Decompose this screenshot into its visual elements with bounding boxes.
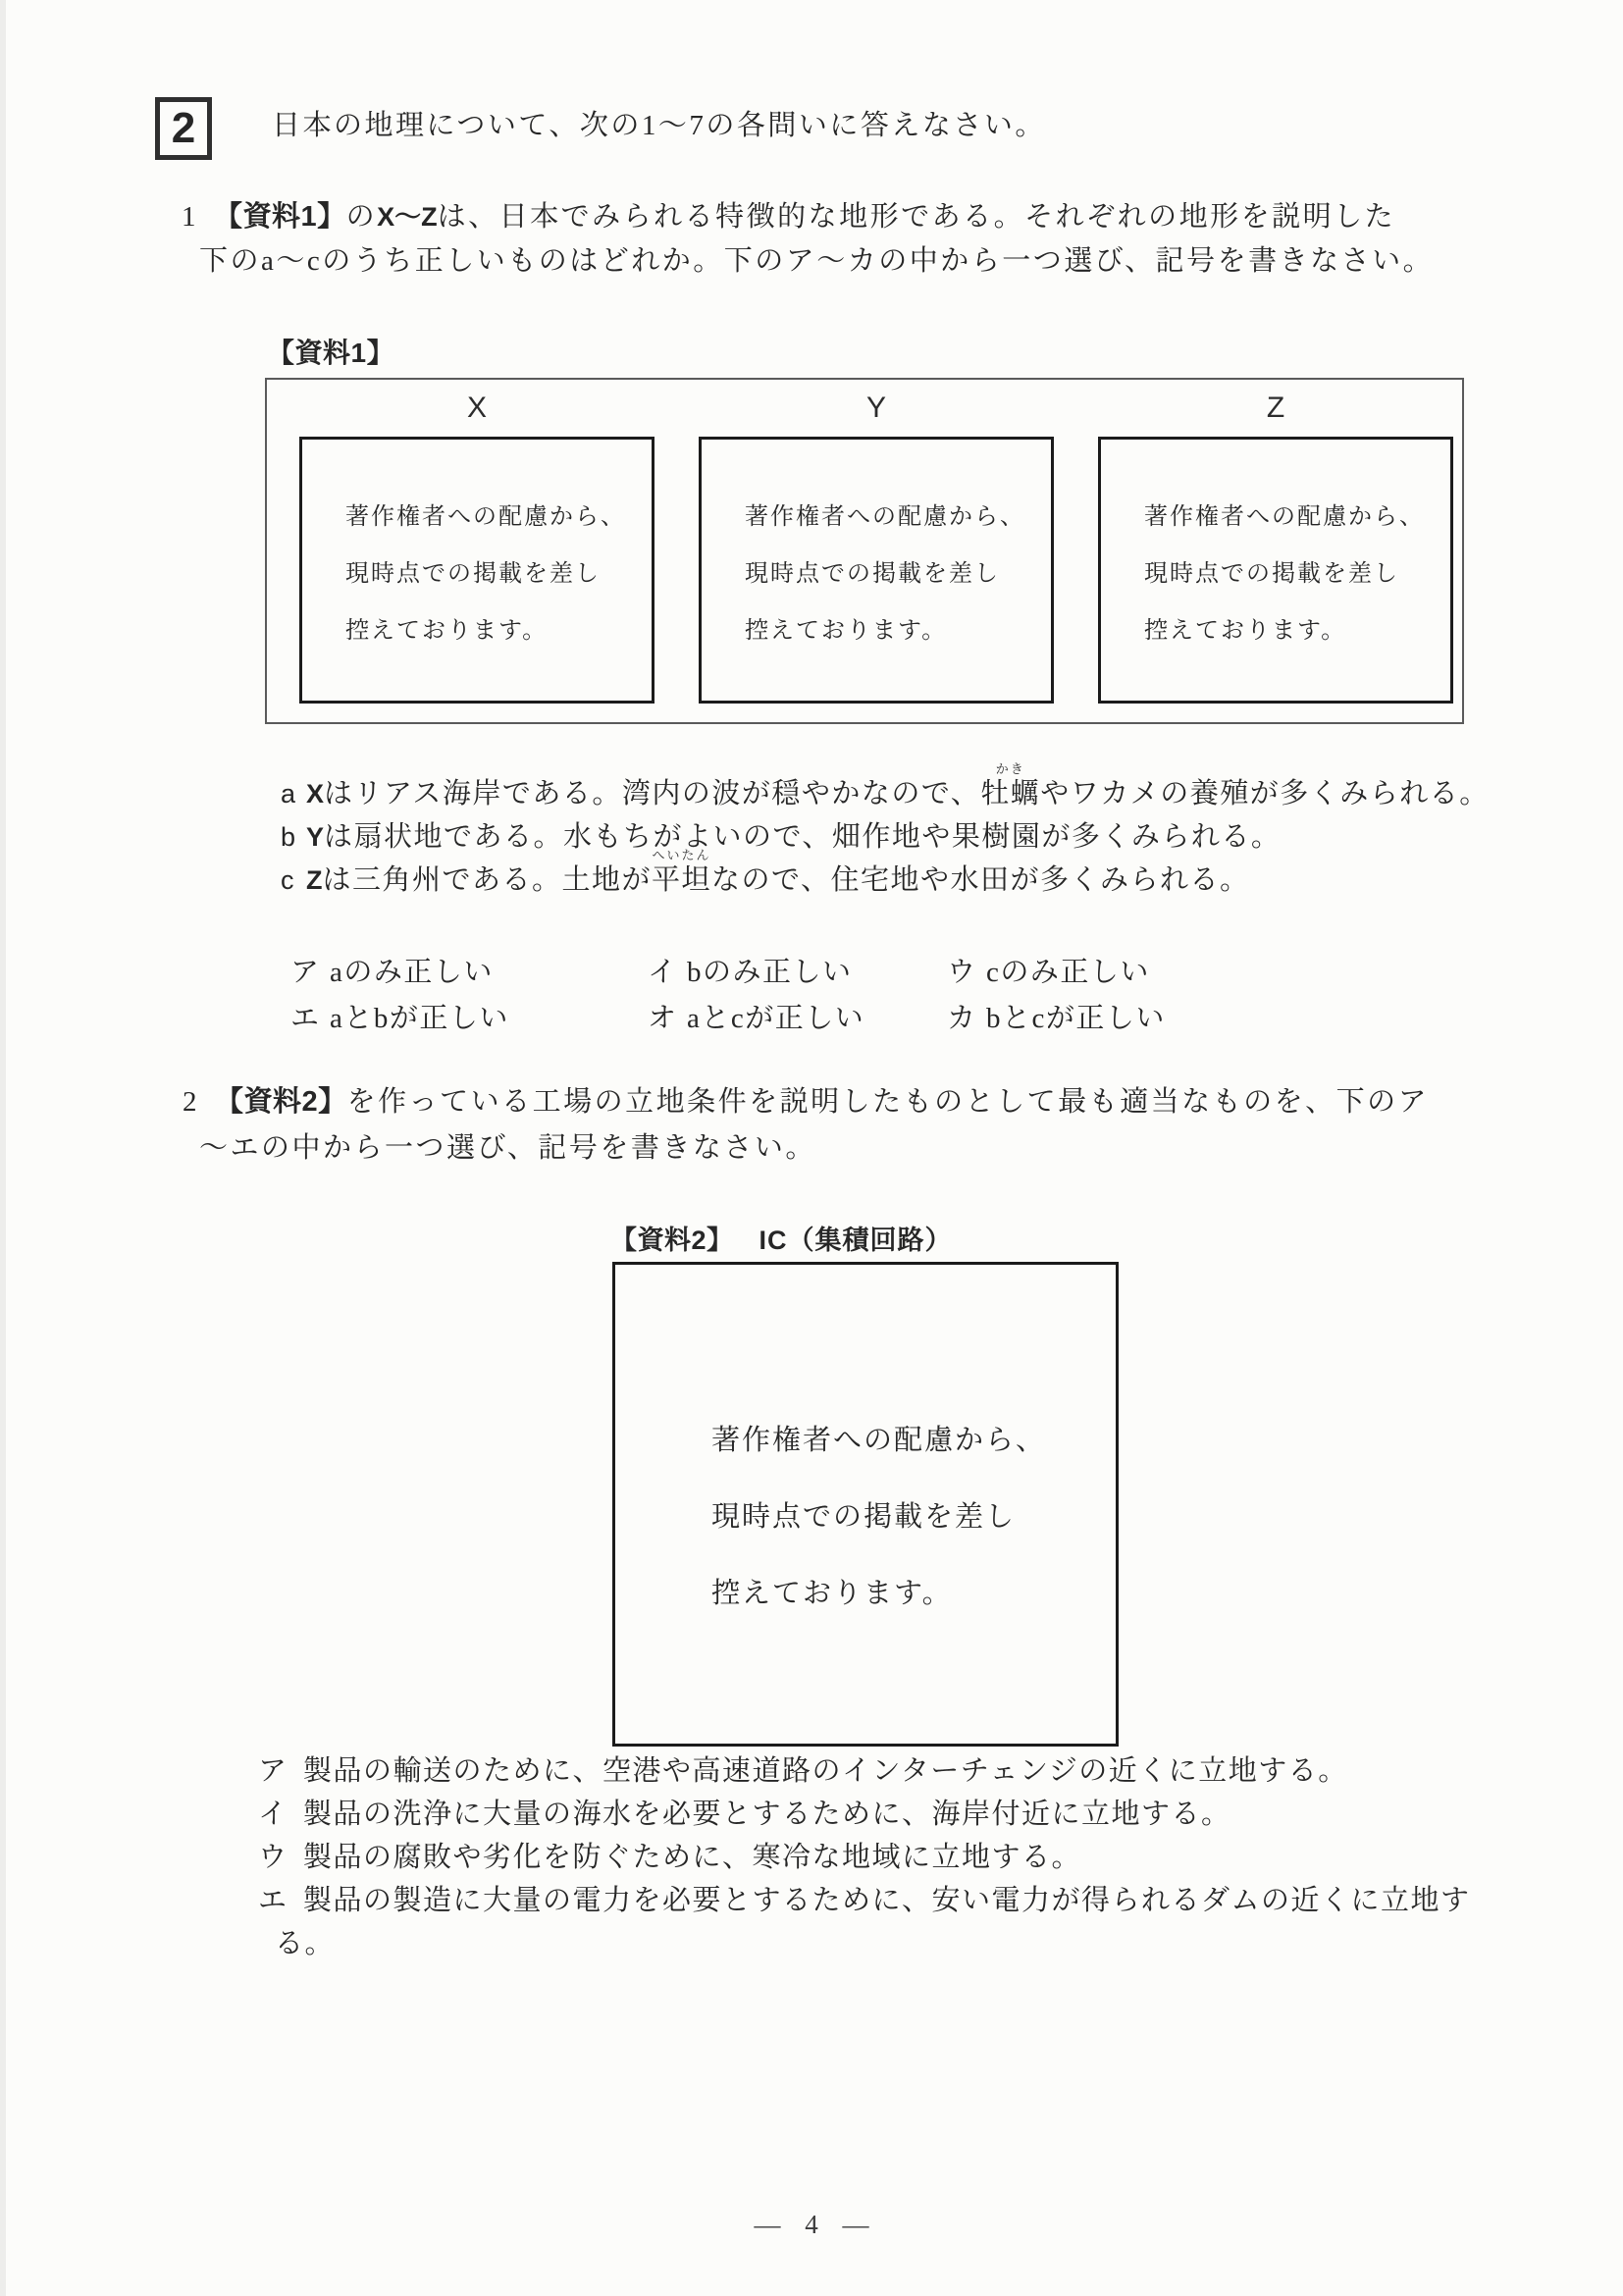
q1-option-o: オaとcが正しい	[648, 996, 864, 1036]
copyright-notice-line: 現時点での掲載を差し	[745, 546, 1051, 602]
copyright-notice-line: 控えております。	[745, 602, 1051, 659]
source1-column-label-x: X	[299, 391, 654, 425]
q2-line1-rest: を作っている工場の立地条件を説明したものとして最も適当なものを、下のア	[347, 1086, 1430, 1118]
q1-heading-line1: 1【資料1】のX～Zは、日本でみられる特徴的な地形である。それぞれの地形を説明し…	[182, 201, 1395, 233]
source2-caption-text: IC（集積回路）	[759, 1226, 953, 1255]
q1-option-u-text: cのみ正しい	[986, 957, 1150, 988]
statement-a: aXはリアス海岸である。湾内の波が穏やかなので、かき牡蠣やワカメの養殖が多くみら…	[281, 777, 1490, 810]
q1-option-a-letter: ア	[290, 950, 330, 990]
statement-b-letter: b	[281, 820, 306, 854]
copyright-notice-line: 控えております。	[1144, 602, 1450, 659]
q1-option-i-text: bのみ正しい	[687, 957, 853, 988]
q2-source-ref: 【資料2】	[215, 1086, 347, 1118]
statement-c-letter: c	[281, 863, 306, 897]
statement-b: bYは扇状地である。水もちがよいので、畑作地や果樹園が多くみられる。	[281, 820, 1281, 854]
section-instruction: 日本の地理について、次の1～7の各問いに答えなさい。	[272, 110, 1046, 141]
copyright-notice-line: 著作権者への配慮から、	[1144, 489, 1450, 546]
q1-option-ka: カbとcが正しい	[947, 996, 1166, 1036]
source2-caption: 【資料2】IC（集積回路）	[610, 1219, 953, 1257]
q2-option-i-text: 製品の洗浄に大量の海水を必要とするために、海岸付近に立地する。	[303, 1799, 1231, 1830]
q2-option-e: エ製品の製造に大量の電力を必要とするために、安い電力が得られるダムの近くに立地す…	[258, 1879, 1482, 1965]
q1-option-u-letter: ウ	[947, 950, 986, 990]
statement-c-pre: は三角州である。土地が	[323, 864, 653, 896]
q1-option-u: ウcのみ正しい	[947, 950, 1150, 990]
copyright-notice-line: 著作権者への配慮から、	[711, 1402, 1116, 1479]
source1-image-placeholder-x: 著作権者への配慮から、 現時点での掲載を差し 控えております。	[299, 437, 654, 704]
q1-line1-pre: の	[346, 201, 378, 233]
exam-page: 2 日本の地理について、次の1～7の各問いに答えなさい。 1【資料1】のX～Zは…	[0, 0, 1623, 2296]
q2-option-u: ウ製品の腐敗や劣化を防ぐために、寒冷な地域に立地する。	[258, 1836, 1482, 1879]
q2-number: 2	[183, 1086, 215, 1118]
q1-source-ref: 【資料1】	[214, 201, 346, 233]
copyright-notice-line: 著作権者への配慮から、	[345, 489, 652, 546]
ruby-base: 平坦	[652, 864, 711, 896]
statement-b-pre: は扇状地である。水もちがよいので、畑作地や果樹園が多くみられる。	[324, 821, 1281, 853]
q2-option-e-letter: エ	[258, 1879, 303, 1922]
copyright-notice-line: 現時点での掲載を差し	[345, 546, 652, 602]
copyright-notice-line: 控えております。	[345, 602, 652, 659]
q2-option-a-letter: ア	[258, 1749, 303, 1793]
section-number-box: 2	[155, 97, 212, 160]
copyright-notice-line: 著作権者への配慮から、	[745, 489, 1051, 546]
q1-option-ka-text: bとcが正しい	[986, 1003, 1166, 1034]
q1-option-e-letter: エ	[290, 996, 330, 1036]
statement-b-subject: Y	[306, 822, 324, 852]
statement-c-subject: Z	[306, 865, 323, 895]
source1-image-placeholder-y: 著作権者への配慮から、 現時点での掲載を差し 控えております。	[699, 437, 1054, 704]
source1-figure: X Y Z 著作権者への配慮から、 現時点での掲載を差し 控えております。 著作…	[265, 378, 1464, 724]
source2-image-placeholder: 著作権者への配慮から、 現時点での掲載を差し 控えております。	[612, 1262, 1119, 1747]
source1-column-label-y: Y	[699, 391, 1054, 425]
q2-heading-line1: 2【資料2】を作っている工場の立地条件を説明したものとして最も適当なものを、下の…	[183, 1086, 1429, 1118]
ruby-annotation: かき	[996, 762, 1025, 775]
q1-option-e-text: aとbが正しい	[330, 1003, 509, 1034]
ruby-annotation: へいたん	[653, 849, 711, 861]
q1-line1-rest: は、日本でみられる特徴的な地形である。それぞれの地形を説明した	[438, 201, 1396, 233]
statement-c-ruby: へいたん平坦	[652, 863, 711, 897]
section-number: 2	[172, 107, 195, 150]
q1-line1-range: X～Z	[377, 202, 438, 232]
copyright-notice-line: 現時点での掲載を差し	[1144, 546, 1450, 602]
source2-caption-label: 【資料2】	[610, 1226, 734, 1255]
statement-c-post: なので、住宅地や水田が多くみられる。	[711, 864, 1249, 896]
q1-option-i-letter: イ	[648, 950, 687, 990]
statement-a-post: やワカメの養殖が多くみられる。	[1040, 778, 1490, 809]
ruby-base: 牡蠣	[980, 778, 1040, 809]
statement-a-subject: X	[306, 779, 324, 809]
q2-option-i: イ製品の洗浄に大量の海水を必要とするために、海岸付近に立地する。	[258, 1793, 1482, 1836]
source1-image-placeholder-z: 著作権者への配慮から、 現時点での掲載を差し 控えております。	[1098, 437, 1453, 704]
source1-column-label-z: Z	[1098, 391, 1453, 425]
statement-c: cZは三角州である。土地がへいたん平坦なので、住宅地や水田が多くみられる。	[281, 863, 1249, 897]
q2-option-e-text: 製品の製造に大量の電力を必要とするために、安い電力が得られるダムの近くに立地する…	[275, 1885, 1471, 1959]
statement-a-ruby: かき牡蠣	[980, 777, 1040, 810]
q1-option-i: イbのみ正しい	[648, 950, 853, 990]
q2-option-u-text: 製品の腐敗や劣化を防ぐために、寒冷な地域に立地する。	[303, 1842, 1081, 1873]
q2-option-i-letter: イ	[258, 1793, 303, 1836]
q2-option-a: ア製品の輸送のために、空港や高速道路のインターチェンジの近くに立地する。	[258, 1749, 1482, 1793]
statement-a-letter: a	[281, 777, 306, 810]
q1-heading-line2: 下のa～cのうち正しいものはどれか。下のア～カの中から一つ選び、記号を書きなさい…	[199, 245, 1434, 277]
q1-option-ka-letter: カ	[947, 996, 986, 1036]
q2-option-a-text: 製品の輸送のために、空港や高速道路のインターチェンジの近くに立地する。	[303, 1755, 1348, 1787]
statement-a-pre: はリアス海岸である。湾内の波が穏やかなので、	[324, 778, 980, 809]
q1-option-o-letter: オ	[648, 996, 687, 1036]
q2-option-u-letter: ウ	[258, 1836, 303, 1879]
q2-heading-line2: ～エの中から一つ選び、記号を書きなさい。	[199, 1132, 816, 1164]
q1-option-a-text: aのみ正しい	[330, 957, 494, 988]
page-number: — 4 —	[0, 2210, 1623, 2240]
q1-option-o-text: aとcが正しい	[687, 1003, 864, 1034]
q1-option-a: アaのみ正しい	[290, 950, 494, 990]
copyright-notice-line: 現時点での掲載を差し	[711, 1479, 1116, 1555]
q1-number: 1	[182, 201, 214, 233]
scan-edge-artifact	[0, 0, 6, 2296]
q1-option-e: エaとbが正しい	[290, 996, 509, 1036]
copyright-notice-line: 控えております。	[711, 1555, 1116, 1632]
source1-title: 【資料1】	[267, 332, 394, 371]
